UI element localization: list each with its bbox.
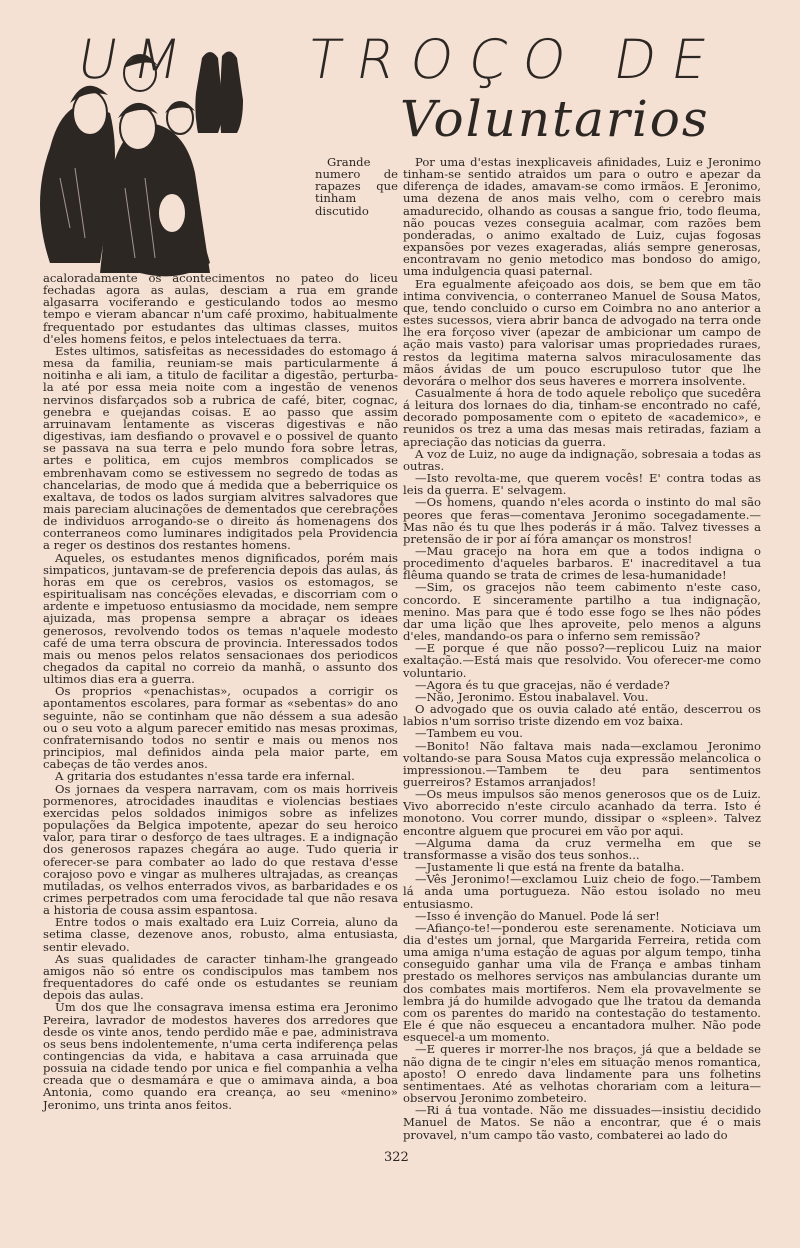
paragraph: Estes ultimos, satisfeitas as necessidad… [43,345,398,552]
paragraph: —E porque é que não posso?—replicou Luiz… [403,642,761,678]
paragraph: A voz de Luiz, no auge da indignação, so… [403,448,761,472]
title-line-2: Voluntarios [400,90,710,148]
paragraph: As suas qualidades de caracter tinham-lh… [43,953,398,1002]
left-column: Grande numero de rapazes que tinham disc… [43,156,398,1111]
paragraph: Entre todos o mais exaltado era Luiz Cor… [43,916,398,952]
paragraph: A gritaria dos estudantes n'essa tarde e… [43,770,398,782]
paragraph: —Os meus impulsos são menos generosos qu… [403,788,761,837]
right-column: Por uma d'estas inexplicaveis afinidades… [403,156,761,1141]
paragraph: Por uma d'estas inexplicaveis afinidades… [403,156,761,278]
magazine-page: UMTROÇO DE Voluntarios Grande numero de … [0,0,800,1248]
paragraph: —Os homens, quando n'eles acorda o insti… [403,496,761,545]
paragraph: —Tambem eu vou. [403,727,761,739]
paragraph: Os jornaes da vespera narravam, com os m… [43,783,398,917]
paragraph: —Afianço-te!—ponderou este serenamente. … [403,922,761,1044]
page-number: 322 [384,1150,409,1165]
paragraph: Um dos que lhe consagrava imensa estima … [43,1001,398,1110]
paragraph: —Mau gracejo na hora em que a todos indi… [403,545,761,581]
paragraph: —Vês Jeronimo!—exclamou Luiz cheio de fo… [403,873,761,909]
paragraph: Casualmente á hora de todo aquele reboli… [403,387,761,448]
paragraph: —Sim, os gracejos não teem cabimento n'e… [403,581,761,642]
paragraph: Era egualmente afeiçoado aos dois, se be… [403,278,761,387]
paragraph: O advogado que os ouvia calado até então… [403,703,761,727]
illustration-wrap-space [43,156,315,272]
paragraph: —Isto revolta-me, que querem vocês! E' c… [403,472,761,496]
paragraph: Os proprios «penachistas», ocupados a co… [43,685,398,770]
title-word-um: UM [72,28,233,91]
paragraph: —E queres ir morrer-lhe nos braços, já q… [403,1043,761,1104]
paragraph: —Bonito! Não faltava mais nada—exclamou … [403,740,761,789]
title-line-1: UMTROÇO DE [72,28,800,91]
paragraph: Aqueles, os estudantes menos dignificado… [43,552,398,686]
paragraph: —Alguma dama da cruz vermelha em que se … [403,837,761,861]
paragraph: —Ri á tua vontade. Não me dissuades—insi… [403,1104,761,1140]
title-troco-de: TROÇO DE [302,28,727,91]
